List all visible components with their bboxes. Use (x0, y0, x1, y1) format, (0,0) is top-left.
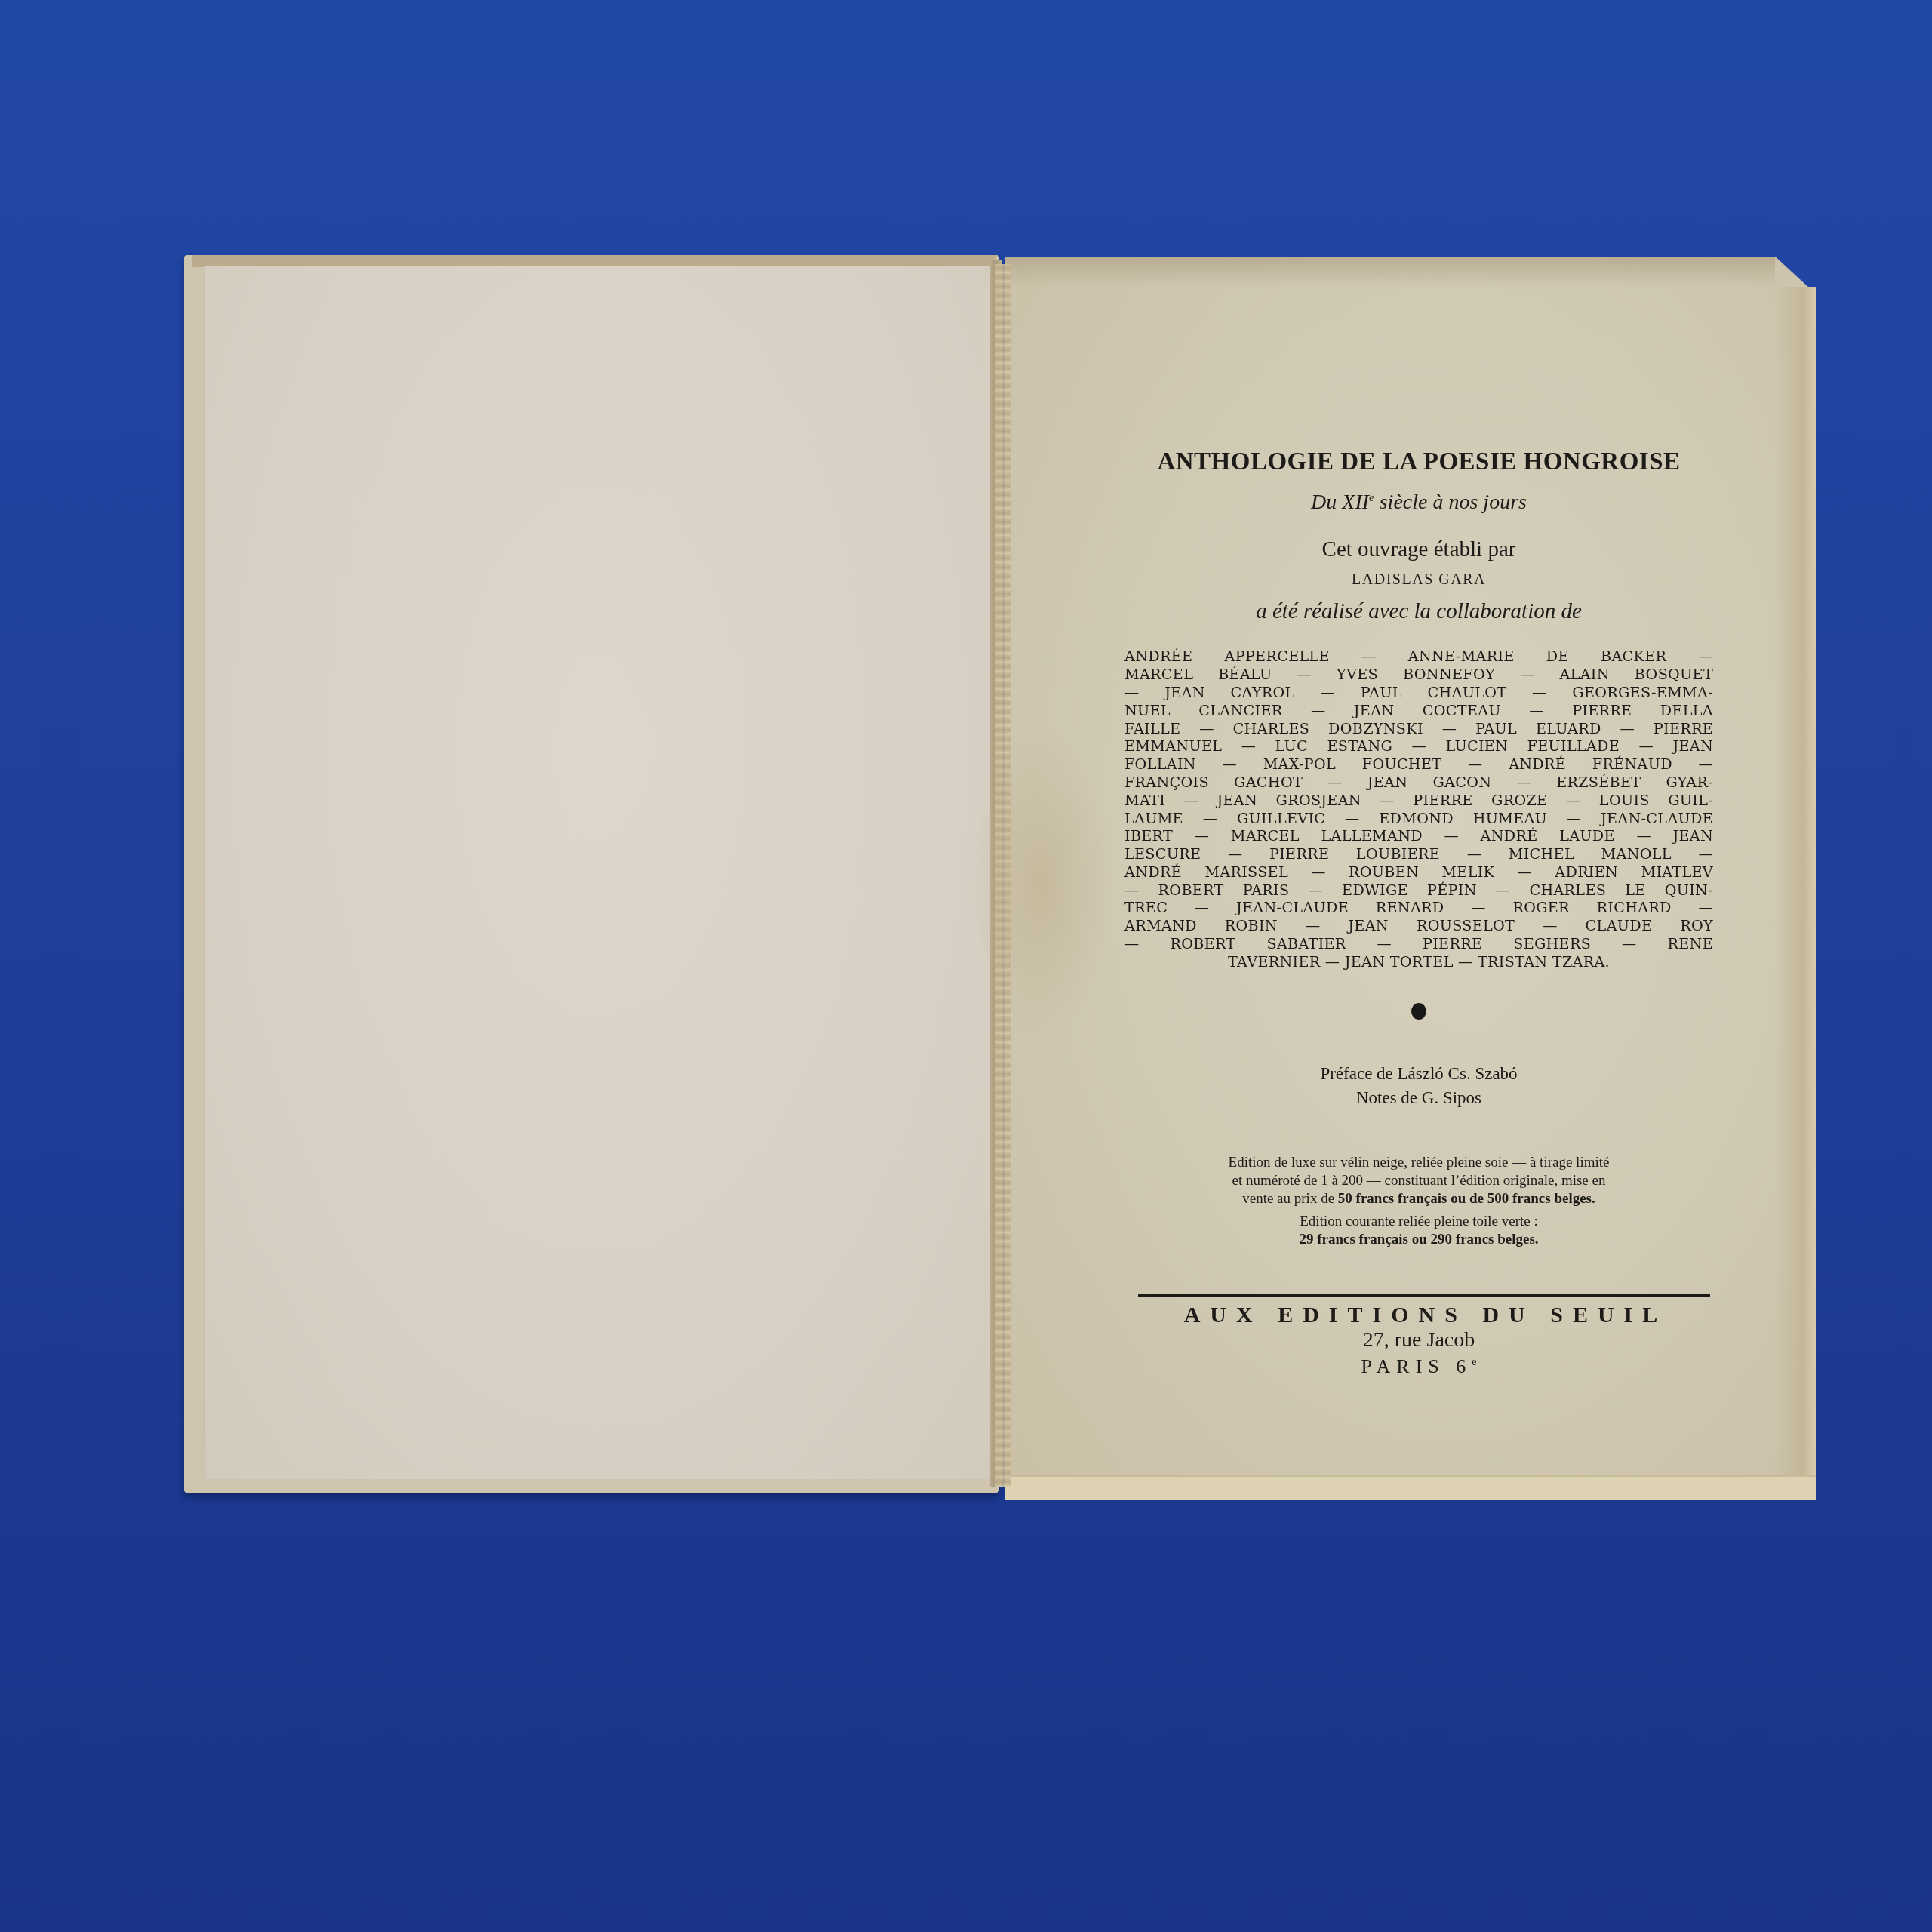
editor-name: LADISLAS GARA (1124, 569, 1713, 590)
collaborator-line: LESCURE — PIERRE LOUBIERE — MICHEL MANOL… (1124, 845, 1713, 863)
collaboration-text: a été réalisé avec la collaboration de (1124, 598, 1713, 625)
collaborator-line: — ROBERT PARIS — EDWIGE PÉPIN — CHARLES … (1124, 881, 1713, 900)
luxe-price: 50 francs français ou de 500 francs belg… (1338, 1191, 1595, 1207)
collaborator-line: ANDRÉ MARISSEL — ROUBEN MELIK — ADRIEN M… (1124, 863, 1713, 881)
publisher-name: AUX EDITIONS DU SEUIL (1124, 1302, 1713, 1329)
established-by-text: Cet ouvrage établi par (1124, 536, 1713, 563)
publisher-divider (1138, 1294, 1710, 1297)
collaborator-line: EMMANUEL — LUC ESTANG — LUCIEN FEUILLADE… (1124, 737, 1713, 755)
collaborator-line: FRANÇOIS GACHOT — JEAN GACON — ERZSÉBET … (1124, 774, 1713, 792)
credits: Préface de László Cs. Szabó Notes de G. … (1124, 1062, 1713, 1110)
collaborator-line: TAVERNIER — JEAN TORTEL — TRISTAN TZARA. (1124, 953, 1713, 971)
edition-courante-line: Edition courante reliée pleine toile ver… (1124, 1213, 1713, 1231)
collaborator-line: FAILLE — CHARLES DOBZYNSKI — PAUL ELUARD… (1124, 720, 1713, 738)
collaborator-line: LAUME — GUILLEVIC — EDMOND HUMEAU — JEAN… (1124, 810, 1713, 828)
edition-info: Edition de luxe sur vélin neige, reliée … (1124, 1154, 1713, 1249)
edition-luxe-line: Edition de luxe sur vélin neige, reliée … (1124, 1154, 1713, 1172)
book-title: ANTHOLOGIE DE LA POESIE HONGROISE (1124, 445, 1713, 478)
collaborator-list: ANDRÉE APPERCELLE — ANNE-MARIE DE BACKER… (1124, 648, 1713, 971)
subtitle-prefix: Du XII (1311, 491, 1369, 514)
collaborator-line: ANDRÉE APPERCELLE — ANNE-MARIE DE BACKER… (1124, 648, 1713, 666)
right-page-top-edge (1005, 257, 1775, 287)
edition-courante-price: 29 francs français ou 290 francs belges. (1124, 1231, 1713, 1249)
courante-price: 29 francs français ou 290 francs belges. (1299, 1232, 1538, 1247)
collaborator-line: MATI — JEAN GROSJEAN — PIERRE GROZE — LO… (1124, 792, 1713, 810)
collaborator-line: — ROBERT SABATIER — PIERRE SEGHERS — REN… (1124, 935, 1713, 953)
collaborator-line: NUEL CLANCIER — JEAN COCTEAU — PIERRE DE… (1124, 702, 1713, 720)
book-subtitle: Du XIIe siècle à nos jours (1124, 485, 1713, 516)
price-intro: vente au prix de (1242, 1191, 1338, 1207)
subtitle-suffix: siècle à nos jours (1374, 491, 1527, 514)
notes-credit: Notes de G. Sipos (1124, 1086, 1713, 1110)
city-name: PARIS 6 (1361, 1355, 1472, 1377)
title-page-content: ANTHOLOGIE DE LA POESIE HONGROISE Du XII… (1124, 445, 1713, 1377)
edition-luxe-price-line: vente au prix de 50 francs français ou d… (1124, 1190, 1713, 1208)
gutter-stain (970, 724, 1113, 1041)
right-page-right-edge (1774, 287, 1816, 1487)
collaborator-line: IBERT — MARCEL LALLEMAND — ANDRÉ LAUDE —… (1124, 827, 1713, 845)
collaborator-line: TREC — JEAN-CLAUDE RENARD — ROGER RICHAR… (1124, 899, 1713, 917)
publisher-city: PARIS 6e (1124, 1352, 1713, 1378)
collaborator-line: MARCEL BÉALU — YVES BONNEFOY — ALAIN BOS… (1124, 666, 1713, 684)
edition-luxe-line: et numéroté de 1 à 200 — constituant l’é… (1124, 1172, 1713, 1190)
left-endpaper-blank-page (204, 266, 995, 1479)
collaborator-line: ARMAND ROBIN — JEAN ROUSSELOT — CLAUDE R… (1124, 917, 1713, 935)
bullet-ornament-icon (1411, 1003, 1426, 1020)
city-superscript: e (1472, 1357, 1476, 1368)
publisher-address: 27, rue Jacob (1124, 1329, 1713, 1352)
right-page-bottom-edge (1005, 1475, 1816, 1500)
subtitle-superscript: e (1369, 492, 1374, 504)
preface-credit: Préface de László Cs. Szabó (1124, 1062, 1713, 1086)
collaborator-line: FOLLAIN — MAX-POL FOUCHET — ANDRÉ FRÉNAU… (1124, 755, 1713, 774)
collaborator-line: — JEAN CAYROL — PAUL CHAULOT — GEORGES-E… (1124, 684, 1713, 702)
